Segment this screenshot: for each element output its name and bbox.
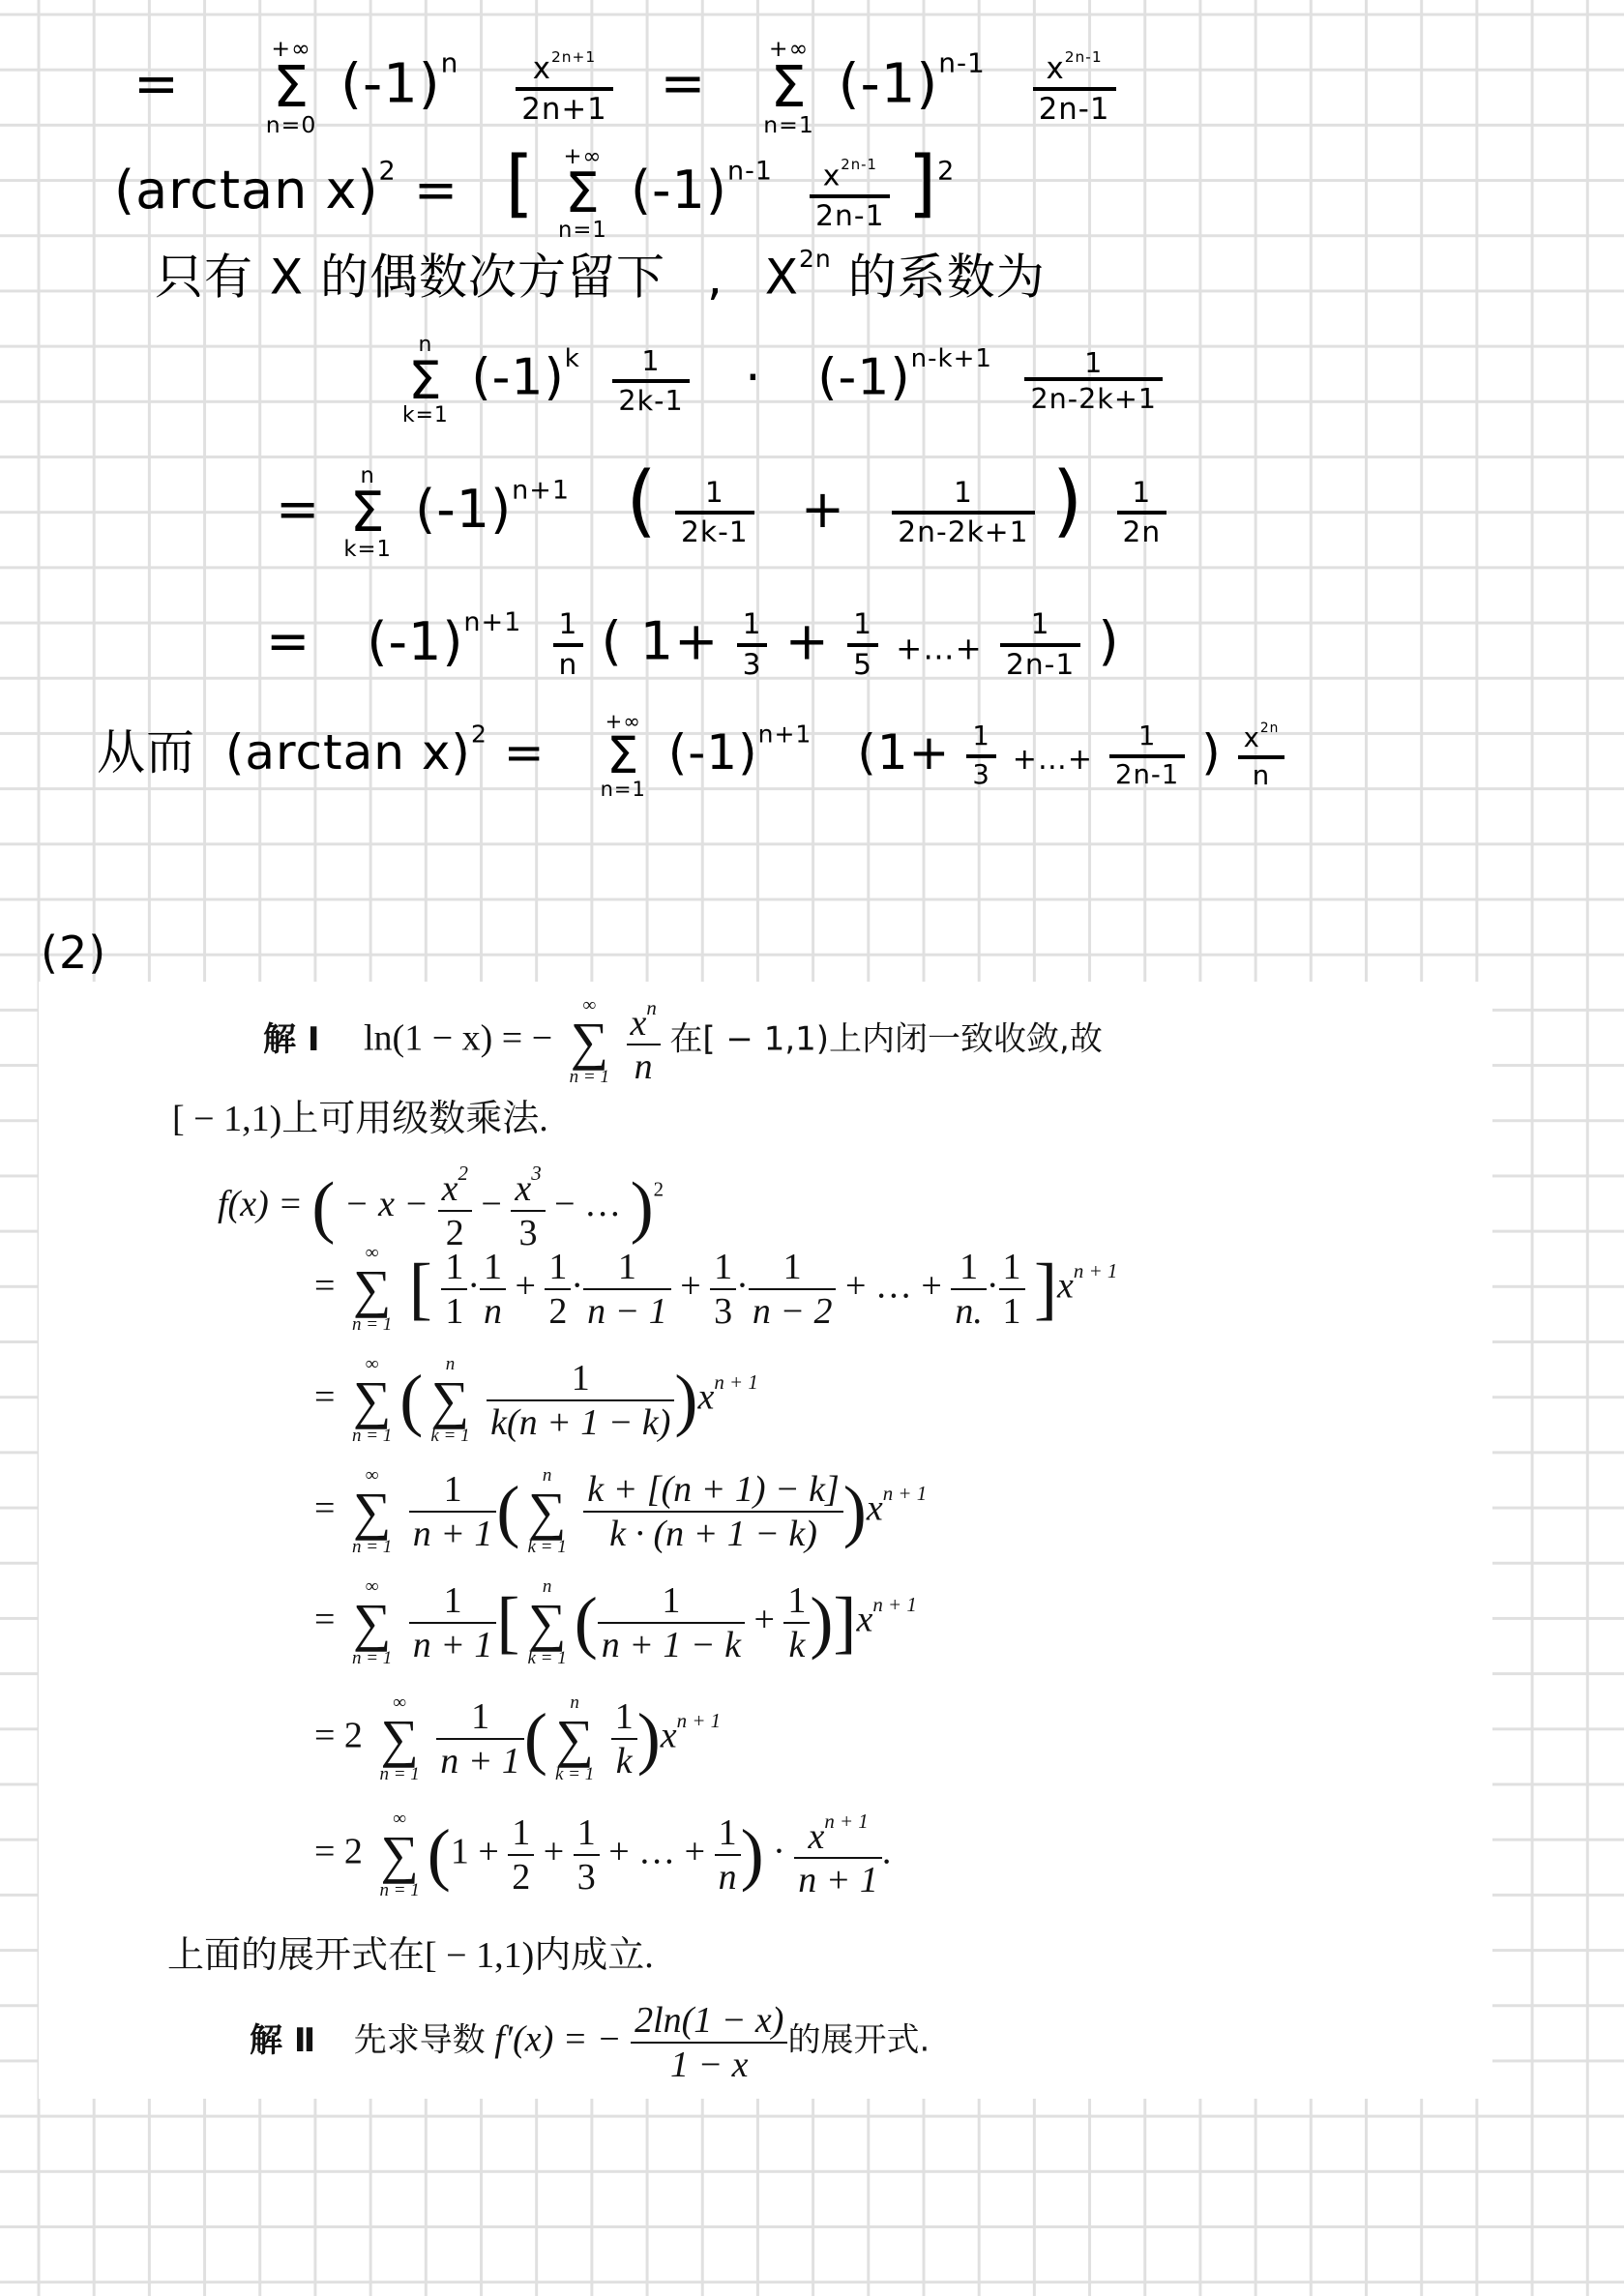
bracket-open: [ [505, 140, 535, 225]
summation: n Σ k=1 [343, 464, 392, 562]
equation-5: = ∞∑n = 1 1n + 1[ n∑k = 1 (1n + 1 − k + … [314, 1576, 917, 1669]
solution-1-line-2: [ − 1,1)上可用级数乘法. [172, 1101, 548, 1137]
hw-line-4: n Σ k=1 (-1)k 1 2k-1 · (-1)n-k+1 1 2n-2k… [397, 334, 1163, 427]
fraction: 1 2k-1 [612, 347, 689, 414]
printed-solution-box: 解 I ln(1 − x) = − ∞ ∑ n = 1 xn n 在[ − 1,… [39, 982, 1492, 2099]
equation-4: = ∞∑n = 1 1n + 1( n∑k = 1 k + [(n + 1) −… [314, 1465, 927, 1558]
equals-sign: = [133, 52, 180, 115]
fraction: xn n [627, 998, 661, 1086]
summation: +∞ Σ n=1 [558, 145, 607, 243]
fraction: 1 2n-2k+1 [1024, 349, 1163, 412]
fraction: 1 5 [847, 610, 878, 679]
hw-line-7: 从而 (arctan x)2 = +∞ Σ n=1 (-1)n+1 (1+ 1 … [97, 711, 1284, 801]
summation: +∞ Σ n=1 [763, 37, 814, 138]
equation-1: f(x) = ( − x − x2 2 − x3 3 − … )2 [218, 1163, 664, 1251]
fraction: 1 2n-1 [1000, 610, 1080, 679]
neg-one-term: (-1) [839, 52, 939, 115]
hw-line-2: (arctan x)2 = [ +∞ Σ n=1 (-1)n-1 x2n-1 2… [114, 145, 955, 243]
summation: +∞ Σ n=1 [601, 711, 646, 801]
hw-line-5: = n Σ k=1 (-1)n+1 ( 1 2k-1 + 1 2n-2k+1 )… [276, 462, 1166, 562]
fraction: x2n n [1238, 722, 1285, 790]
equation-6: = 2 ∞∑n = 1 1n + 1( n∑k = 1 1k)xn + 1 [314, 1693, 721, 1785]
conclusion-text: 上面的展开式在[ − 1,1)内成立. [167, 1937, 654, 1974]
equation-3: = ∞∑n = 1 ( n∑k = 1 1k(n + 1 − k))xn + 1 [314, 1354, 758, 1447]
summation: n Σ k=1 [402, 334, 449, 427]
fraction: 1 2n-1 [1109, 723, 1185, 788]
solution-2-line: 解 Ⅱ 先求导数 f′(x) = − 2ln(1 − x)1 − x的展开式. [250, 2002, 930, 2083]
equals-sign: = [661, 52, 707, 115]
summation: +∞ Σ n=0 [266, 37, 317, 138]
fraction: 1 n [553, 610, 584, 679]
arctan-squared: (arctan x) [114, 160, 379, 221]
part-label: (2) [41, 930, 106, 975]
note-text: 的系数为 [848, 250, 1046, 306]
hw-line-3: 只有 X 的偶数次方留下 , X2n 的系数为 [155, 247, 1046, 302]
fraction: 1 2k-1 [675, 479, 754, 547]
hw-line-6: = (-1)n+1 1 n ( 1+ 1 3 + 1 5 +…+ 1 2n-1 … [266, 609, 1120, 680]
fraction: x2n-1 2n-1 [1033, 50, 1116, 126]
solution-1-line-1: 解 I ln(1 − x) = − ∞ ∑ n = 1 xn n 在[ − 1,… [263, 995, 1103, 1088]
hw-line-1: = +∞ Σ n=0 (-1)n x2n+1 2n+1 = +∞ Σ n=1 (… [133, 37, 1116, 138]
fraction: x2n-1 2n-1 [810, 158, 890, 231]
note-page: { "handwritten": { "line1": { "eq": "=",… [0, 0, 1624, 2296]
fraction: 1 2n [1117, 479, 1167, 547]
note-text: 只有 X 的偶数次方留下 [155, 250, 665, 306]
bracket-close: ] [908, 140, 938, 225]
equation-7: = 2 ∞∑n = 1 (1 + 12 + 13 + … + 1n) · xn … [314, 1809, 891, 1901]
fraction: 1 3 [966, 723, 996, 788]
equation-2: = ∞ ∑ n = 1 [ 11·1n + 12·1n − 1 + 13·1n … [314, 1243, 1117, 1336]
solution-label: 解 Ⅱ [250, 2021, 315, 2060]
summation: ∞ ∑ n = 1 [570, 995, 609, 1088]
fraction: 1 3 [737, 610, 768, 679]
fraction: 1 2n-2k+1 [892, 479, 1034, 547]
fraction: x2n+1 2n+1 [516, 50, 613, 126]
neg-one-term: (-1) [340, 52, 441, 115]
solution-label: 解 I [263, 1020, 320, 1059]
